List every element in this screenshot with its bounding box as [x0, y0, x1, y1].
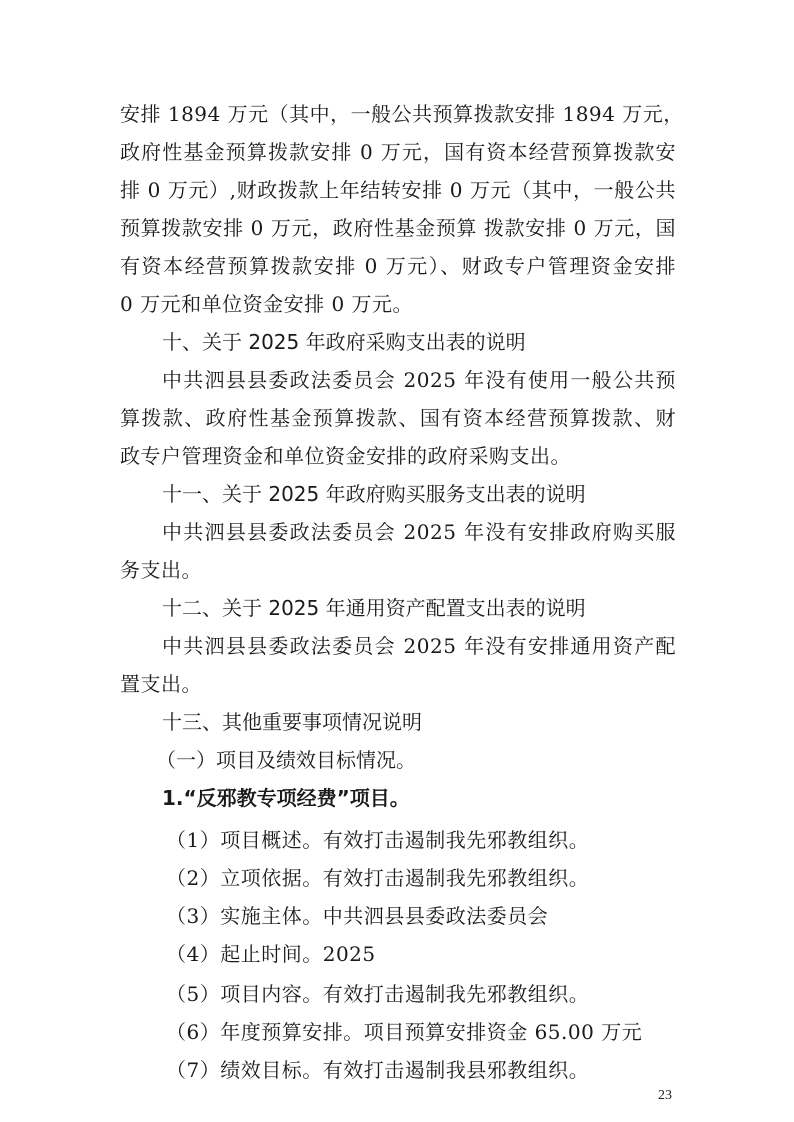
project-item: （6）年度预算安排。项目预算安排资金 65.00 万元 [166, 1017, 642, 1047]
project-item: （7）绩效目标。有效打击遏制我县邪教组织。 [166, 1055, 589, 1085]
text-line: 政专户管理资金和单位资金安排的政府采购支出。 [120, 441, 571, 471]
text-line: 中共泗县县委政法委员会 2025 年没有安排通用资产配 [162, 631, 676, 661]
text-line: 排 0 万元）,财政拨款上年结转安排 0 万元（其中，一般公共 [120, 175, 676, 205]
section-heading: 十一、关于 2025 年政府购买服务支出表的说明 [162, 479, 586, 509]
subsection-heading: （一）项目及绩效目标情况。 [156, 745, 416, 775]
section-heading: 十、关于 2025 年政府采购支出表的说明 [162, 327, 526, 357]
section-heading: 十三、其他重要事项情况说明 [162, 707, 422, 737]
text-line: 政府性基金预算拨款安排 0 万元，国有资本经营预算拨款安 [120, 137, 676, 167]
text-line: 中共泗县县委政法委员会 2025 年没有安排政府购买服 [162, 517, 676, 547]
project-item: （2）立项依据。有效打击遏制我先邪教组织。 [166, 863, 589, 893]
project-item: （1）项目概述。有效打击遏制我先邪教组织。 [166, 825, 589, 855]
text-line: 置支出。 [120, 669, 202, 699]
text-line: 预算拨款安排 0 万元，政府性基金预算 拨款安排 0 万元，国 [120, 213, 676, 243]
project-item: （3）实施主体。中共泗县县委政法委员会 [166, 901, 548, 931]
text-line: 务支出。 [120, 555, 202, 585]
text-line: 有资本经营预算拨款安排 0 万元）、财政专户管理资金安排 [120, 251, 676, 281]
project-item: （5）项目内容。有效打击遏制我先邪教组织。 [166, 979, 589, 1009]
section-heading: 十二、关于 2025 年通用资产配置支出表的说明 [162, 593, 586, 623]
text-line: 中共泗县县委政法委员会 2025 年没有使用一般公共预 [162, 365, 676, 395]
project-item: （4）起止时间。2025 [166, 939, 376, 969]
page-number: 23 [658, 1088, 672, 1104]
project-title: 1.“反邪教专项经费”项目。 [162, 783, 410, 813]
text-line: 安排 1894 万元（其中，一般公共预算拨款安排 1894 万元， [120, 99, 676, 129]
text-line: 算拨款、政府性基金预算拨款、国有资本经营预算拨款、财 [120, 403, 676, 433]
text-line: 0 万元和单位资金安排 0 万元。 [120, 289, 413, 319]
